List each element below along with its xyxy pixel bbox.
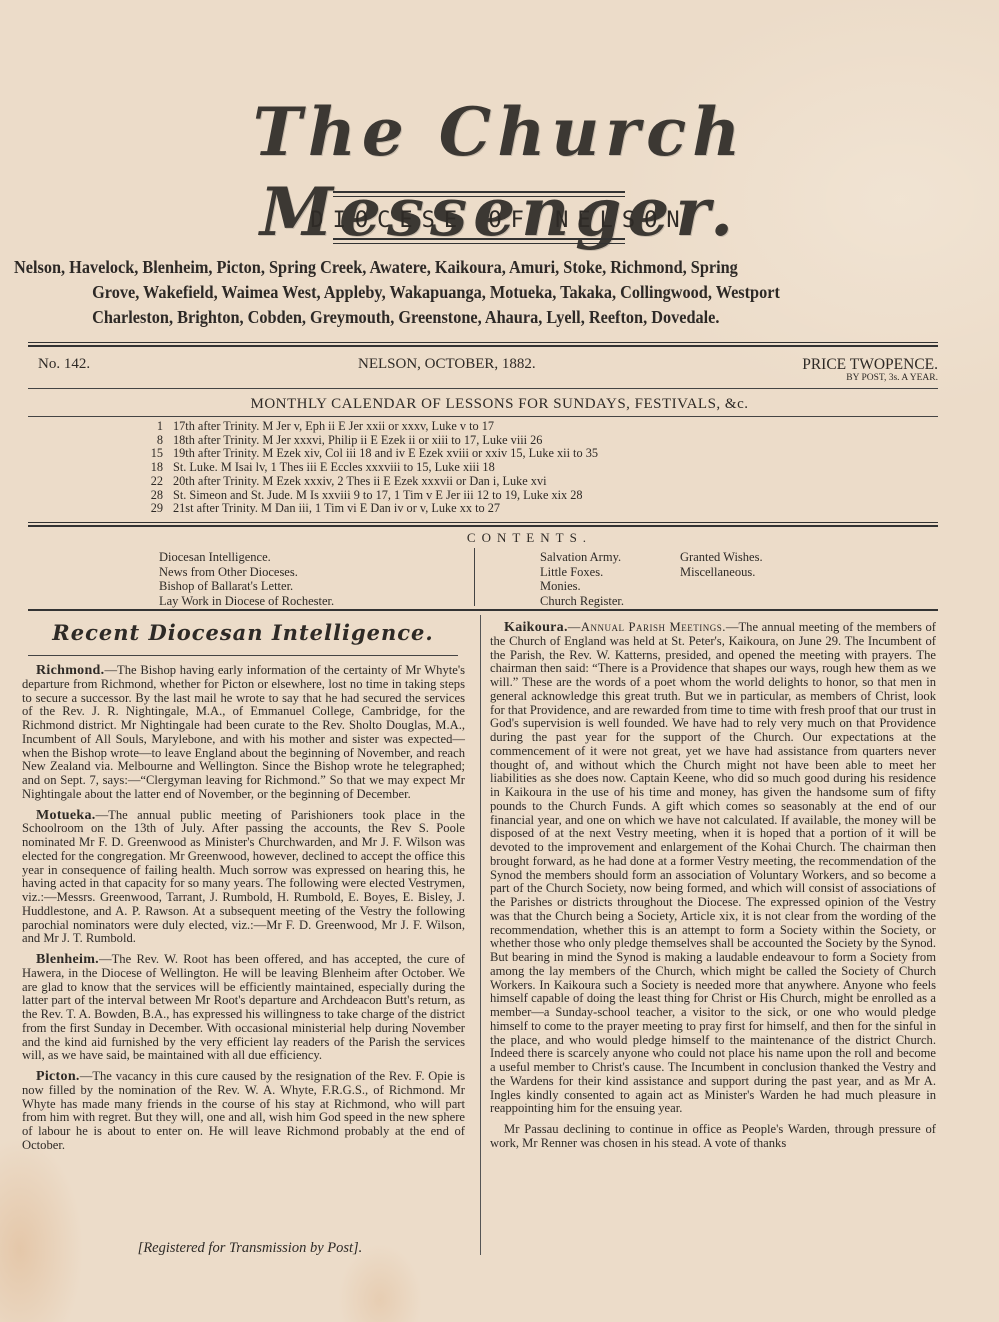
parish-line: Charleston, Brighton, Cobden, Greymouth,… <box>14 305 888 330</box>
divider-rule <box>28 609 938 611</box>
divider-rule <box>28 342 938 347</box>
calendar-day: 15 <box>145 447 163 461</box>
article-lead: Kaikoura. <box>504 620 568 635</box>
issue-post-price: BY POST, 3s. A YEAR. <box>846 373 938 383</box>
left-column: Richmond.—The Bishop having early inform… <box>22 664 465 1160</box>
calendar-of-lessons: 117th after Trinity. M Jer v, Eph ii E J… <box>145 420 598 516</box>
contents-item: News from Other Dioceses. <box>159 565 334 580</box>
article-subhead: —Annual Parish Meetings. <box>568 620 726 634</box>
calendar-day: 1 <box>145 420 163 434</box>
calendar-entry: 20th after Trinity. M Ezek xxxiv, 2 Thes… <box>173 474 547 488</box>
divider-rule <box>28 522 938 527</box>
calendar-row: 2921st after Trinity. M Dan iii, 1 Tim v… <box>145 502 598 516</box>
calendar-entry: St. Luke. M Isai lv, 1 Thes iii E Eccles… <box>173 460 495 474</box>
contents-item: Little Foxes. <box>540 565 624 580</box>
issue-price: PRICE TWOPENCE. <box>802 356 938 374</box>
calendar-entry: 19th after Trinity. M Ezek xiv, Col iii … <box>173 446 598 460</box>
masthead-rule-bottom <box>333 238 625 244</box>
diocese-subtitle: DIOCESE OF NELSON <box>0 208 999 233</box>
calendar-row: 2220th after Trinity. M Ezek xxxiv, 2 Th… <box>145 475 598 489</box>
contents-item: Bishop of Ballarat's Letter. <box>159 579 334 594</box>
contents-item: Miscellaneous. <box>680 565 763 580</box>
calendar-day: 22 <box>145 475 163 489</box>
calendar-day: 28 <box>145 489 163 503</box>
contents-item: Monies. <box>540 579 624 594</box>
contents-list-middle: Salvation Army. Little Foxes. Monies. Ch… <box>540 550 624 608</box>
calendar-row: 28St. Simeon and St. Jude. M Is xxviii 9… <box>145 489 598 503</box>
divider-rule <box>28 388 938 389</box>
calendar-row: 18St. Luke. M Isai lv, 1 Thes iii E Eccl… <box>145 461 598 475</box>
registered-notice: [Registered for Transmission by Post]. <box>100 1240 400 1257</box>
contents-item: Granted Wishes. <box>680 550 763 565</box>
parish-line: Nelson, Havelock, Blenheim, Picton, Spri… <box>14 255 888 280</box>
article-body: —The annual public meeting of Parishione… <box>22 808 465 946</box>
article-motueka: Motueka.—The annual public meeting of Pa… <box>22 809 465 947</box>
article-body: —The Bishop having early information of … <box>22 663 465 801</box>
contents-list-right: Granted Wishes. Miscellaneous. <box>680 550 763 579</box>
right-column: Kaikoura.—Annual Parish Meetings.—The an… <box>490 621 936 1158</box>
article-continuation: Mr Passau declining to continue in offic… <box>490 1123 936 1151</box>
column-divider <box>480 615 481 1255</box>
article-lead: Picton. <box>36 1069 80 1084</box>
calendar-row: 1519th after Trinity. M Ezek xiv, Col ii… <box>145 447 598 461</box>
parish-line: Grove, Wakefield, Waimea West, Appleby, … <box>14 280 888 305</box>
contents-item: Church Register. <box>540 594 624 609</box>
masthead-rule-top <box>333 191 625 197</box>
newspaper-page: The Church Messenger. DIOCESE OF NELSON … <box>0 0 999 1322</box>
article-body: —The vacancy in this cure caused by the … <box>22 1069 465 1152</box>
article-kaikoura: Kaikoura.—Annual Parish Meetings.—The an… <box>490 621 936 1116</box>
contents-divider <box>474 548 475 606</box>
article-picton: Picton.—The vacancy in this cure caused … <box>22 1070 465 1153</box>
contents-item: Lay Work in Diocese of Rochester. <box>159 594 334 609</box>
article-richmond: Richmond.—The Bishop having early inform… <box>22 664 465 802</box>
calendar-row: 117th after Trinity. M Jer v, Eph ii E J… <box>145 420 598 434</box>
show-through-text <box>0 40 999 80</box>
calendar-day: 29 <box>145 502 163 516</box>
calendar-entry: 21st after Trinity. M Dan iii, 1 Tim vi … <box>173 501 500 515</box>
calendar-entry: 17th after Trinity. M Jer v, Eph ii E Je… <box>173 419 494 433</box>
contents-title: CONTENTS. <box>0 530 999 546</box>
article-lead: Blenheim. <box>36 952 99 967</box>
contents-item: Diocesan Intelligence. <box>159 550 334 565</box>
calendar-day: 18 <box>145 461 163 475</box>
calendar-row: 818th after Trinity. M Jer xxxvi, Philip… <box>145 434 598 448</box>
article-blenheim: Blenheim.—The Rev. W. Root has been offe… <box>22 953 465 1063</box>
issue-number: No. 142. <box>38 356 90 373</box>
calendar-entry: St. Simeon and St. Jude. M Is xxviii 9 t… <box>173 488 583 502</box>
calendar-day: 8 <box>145 434 163 448</box>
calendar-title: MONTHLY CALENDAR OF LESSONS FOR SUNDAYS,… <box>0 396 999 413</box>
section-heading: Recent Diocesan Intelligence. <box>28 620 458 645</box>
divider-rule <box>28 416 938 417</box>
article-body: —The Rev. W. Root has been offered, and … <box>22 952 465 1062</box>
contents-list-left: Diocesan Intelligence. News from Other D… <box>159 550 334 608</box>
article-body: —The annual meeting of the members of th… <box>490 620 936 1115</box>
parish-list: Nelson, Havelock, Blenheim, Picton, Spri… <box>14 255 888 330</box>
article-lead: Motueka. <box>36 808 96 823</box>
article-lead: Richmond. <box>36 663 104 678</box>
section-rule <box>28 655 458 656</box>
issue-date: NELSON, OCTOBER, 1882. <box>358 356 536 373</box>
contents-item: Salvation Army. <box>540 550 624 565</box>
calendar-entry: 18th after Trinity. M Jer xxxvi, Philip … <box>173 433 542 447</box>
